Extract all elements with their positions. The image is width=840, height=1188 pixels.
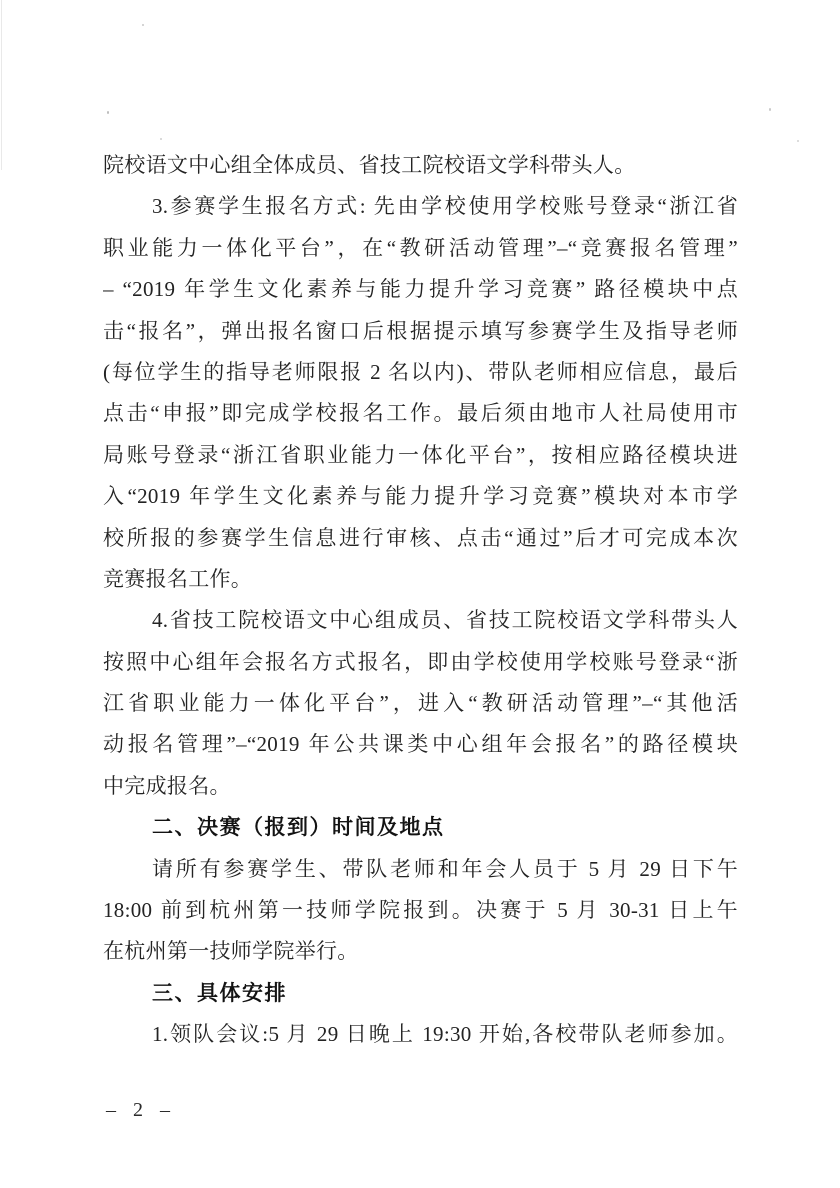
doc-line: 江省职业能力一体化平台”，进入“教研活动管理”–“其他活 bbox=[103, 683, 738, 724]
doc-line: 点击“申报”即完成学校报名工作。最后须由地市人社局使用市 bbox=[103, 393, 738, 434]
doc-line: 在杭州第一技师学院举行。 bbox=[103, 931, 738, 972]
section-heading: 三、具体安排 bbox=[103, 973, 738, 1014]
doc-line: 入“2019 年学生文化素养与能力提升学习竞赛”模块对本市学 bbox=[103, 476, 738, 517]
doc-line: 中完成报名。 bbox=[103, 766, 738, 807]
doc-line: 校所报的参赛学生信息进行审核、点击“通过”后才可完成本次 bbox=[103, 518, 738, 559]
doc-line: 按照中心组年会报名方式报名，即由学校使用学校账号登录“浙 bbox=[103, 642, 738, 683]
scan-speck bbox=[797, 140, 799, 142]
document-body: 院校语文中心组全体成员、省技工院校语文学科带头人。 3.参赛学生报名方式: 先由… bbox=[103, 145, 738, 1056]
scan-speck bbox=[107, 111, 109, 114]
doc-line: 动报名管理”–“2019 年公共课类中心组年会报名”的路径模块 bbox=[103, 724, 738, 765]
scan-speck bbox=[160, 138, 162, 140]
doc-line: (每位学生的指导老师限报 2 名以内)、带队老师相应信息，最后 bbox=[103, 352, 738, 393]
doc-line: 3.参赛学生报名方式: 先由学校使用学校账号登录“浙江省 bbox=[103, 186, 738, 227]
doc-line: 局账号登录“浙江省职业能力一体化平台”，按相应路径模块进 bbox=[103, 435, 738, 476]
doc-line: 院校语文中心组全体成员、省技工院校语文学科带头人。 bbox=[103, 145, 738, 186]
doc-line: – “2019 年学生文化素养与能力提升学习竞赛” 路径模块中点 bbox=[103, 269, 738, 310]
scan-speck bbox=[769, 108, 771, 111]
doc-line: 职业能力一体化平台”，在“教研活动管理”–“竞赛报名管理” bbox=[103, 228, 738, 269]
doc-line: 请所有参赛学生、带队老师和年会人员于 5 月 29 日下午 bbox=[103, 849, 738, 890]
doc-line: 4.省技工院校语文中心组成员、省技工院校语文学科带头人 bbox=[103, 600, 738, 641]
doc-line: 击“报名”，弹出报名窗口后根据提示填写参赛学生及指导老师 bbox=[103, 311, 738, 352]
doc-line: 竞赛报名工作。 bbox=[103, 559, 738, 600]
page-number: – 2 – bbox=[106, 1099, 176, 1122]
section-heading: 二、决赛（报到）时间及地点 bbox=[103, 807, 738, 848]
scanned-document-page: { "page": { "page_number": "– 2 –", "col… bbox=[0, 0, 840, 1188]
scan-speck bbox=[142, 24, 144, 26]
doc-line: 18:00 前到杭州第一技师学院报到。决赛于 5 月 30-31 日上午 bbox=[103, 890, 738, 931]
scan-edge-shadow bbox=[1, 0, 2, 170]
doc-line: 1.领队会议:5 月 29 日晚上 19:30 开始,各校带队老师参加。 bbox=[103, 1014, 738, 1055]
